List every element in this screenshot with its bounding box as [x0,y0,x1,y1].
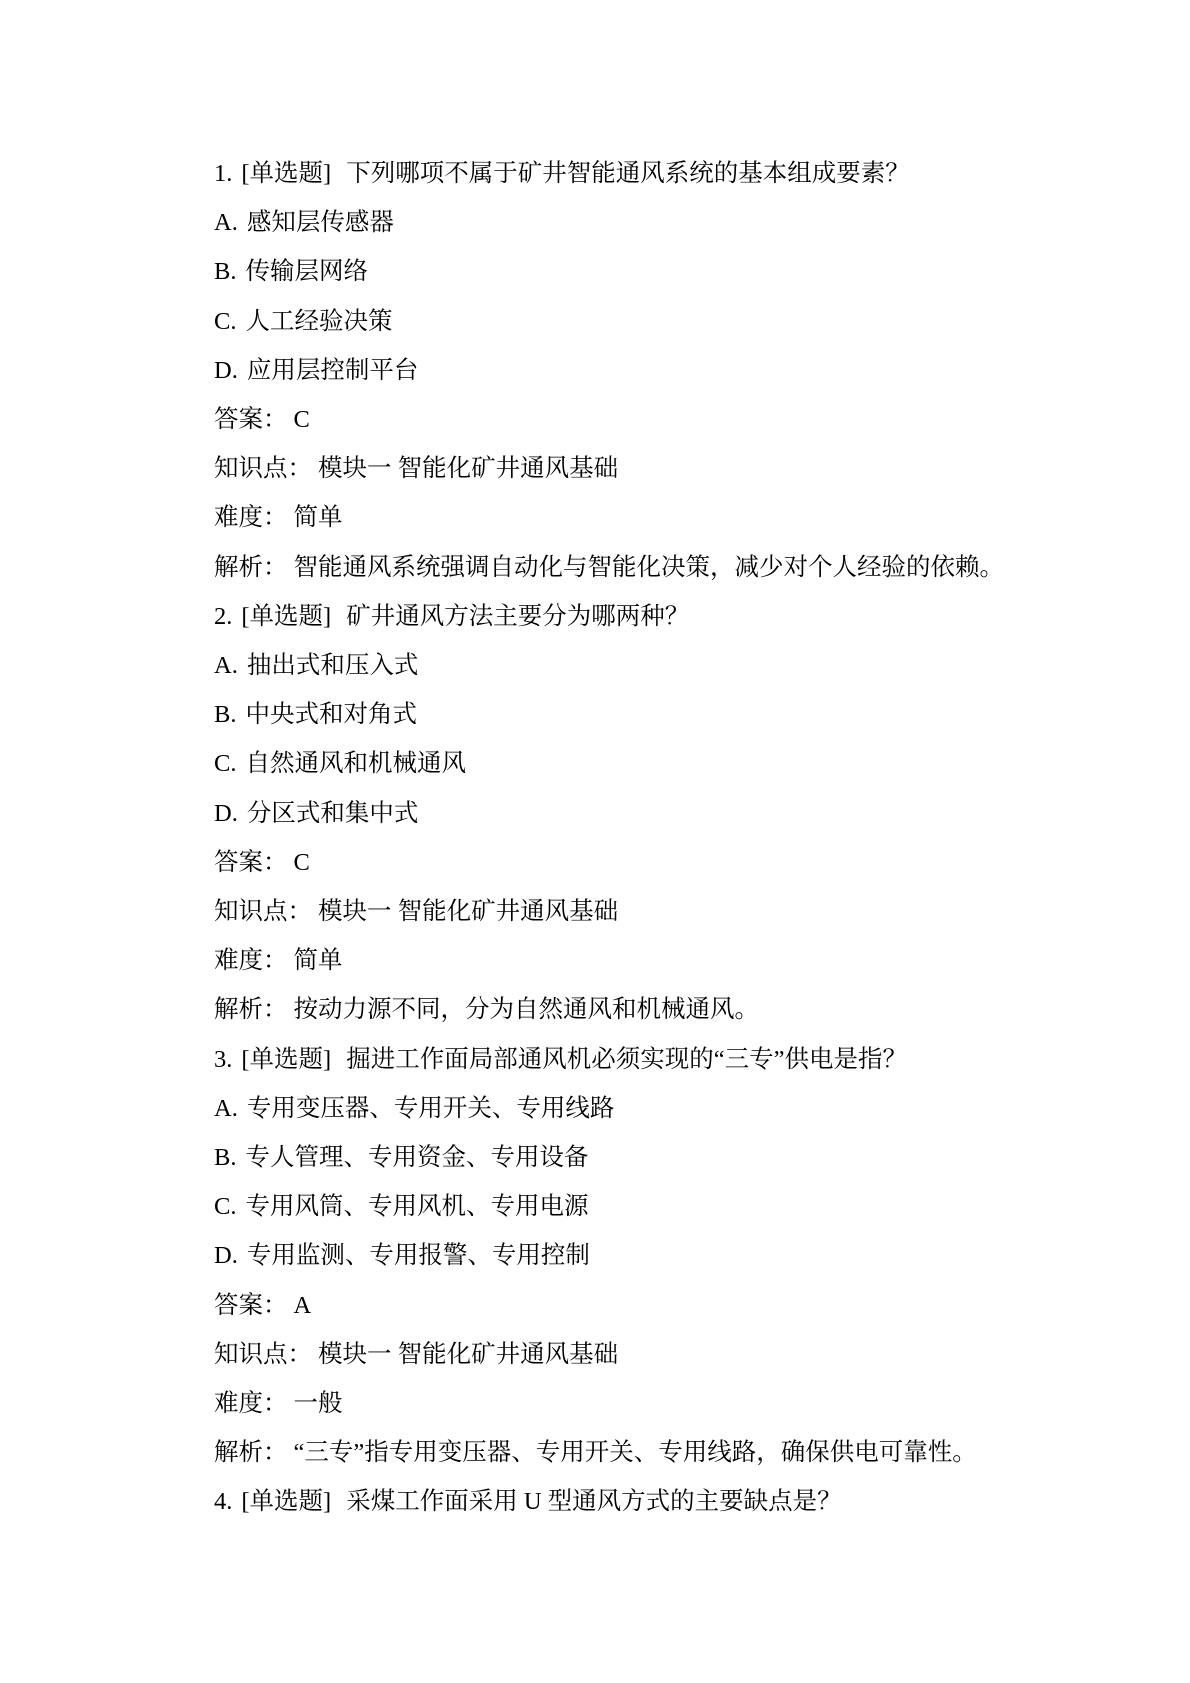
question-block: 2.[单选题]矿井通风方法主要分为哪两种？A.抽出式和压入式B.中央式和对角式C… [214,592,1044,1035]
question-text: 掘进工作面局部通风机必须实现的“三专”供电是指？ [346,1046,907,1073]
meta-label: 难度： [214,504,288,531]
meta-line: 知识点：模块一 智能化矿井通风基础 [214,444,1044,493]
meta-value: 模块一 智能化矿井通风基础 [318,455,618,482]
option-line: D.专用监测、专用报警、专用控制 [214,1231,1044,1280]
meta-value: 按动力源不同，分为自然通风和机械通风。 [294,996,760,1023]
option-label: A. [214,1095,238,1122]
option-line: A.专用变压器、专用开关、专用线路 [214,1084,1044,1133]
option-label: D. [214,357,238,384]
question-number: 4. [214,1488,232,1515]
option-line: A.抽出式和压入式 [214,641,1044,690]
meta-value: C [294,406,310,433]
question-type-tag: [单选题] [241,160,331,187]
question-block: 1.[单选题]下列哪项不属于矿井智能通风系统的基本组成要素？A.感知层传感器B.… [214,149,1044,592]
question-text: 采煤工作面采用 U 型通风方式的主要缺点是？ [346,1488,841,1515]
meta-label: 知识点： [214,455,312,482]
document-body: 1.[单选题]下列哪项不属于矿井智能通风系统的基本组成要素？A.感知层传感器B.… [214,149,1044,1527]
document-page: 1.[单选题]下列哪项不属于矿井智能通风系统的基本组成要素？A.感知层传感器B.… [0,0,1190,1683]
meta-value: 模块一 智能化矿井通风基础 [318,1341,618,1368]
option-text: 专用监测、专用报警、专用控制 [247,1242,590,1269]
meta-value: A [294,1292,312,1319]
option-text: 专用变压器、专用开关、专用线路 [247,1095,615,1122]
meta-value: 简单 [294,504,343,531]
meta-label: 难度： [214,1390,288,1417]
option-label: A. [214,209,238,236]
meta-line: 答案：C [214,395,1044,444]
meta-line: 难度：简单 [214,936,1044,985]
question-block: 4.[单选题]采煤工作面采用 U 型通风方式的主要缺点是？ [214,1477,1044,1526]
question-line: 2.[单选题]矿井通风方法主要分为哪两种？ [214,592,1044,641]
question-type-tag: [单选题] [241,603,331,630]
meta-line: 答案：C [214,838,1044,887]
option-text: 专人管理、专用资金、专用设备 [245,1144,588,1171]
option-line: B.传输层网络 [214,247,1044,296]
question-line: 3.[单选题]掘进工作面局部通风机必须实现的“三专”供电是指？ [214,1035,1044,1084]
option-label: A. [214,652,238,679]
meta-value: “三专”指专用变压器、专用开关、专用线路，确保供电可靠性。 [294,1439,977,1466]
option-text: 中央式和对角式 [245,701,417,728]
option-label: C. [214,750,236,777]
meta-label: 解析： [214,996,288,1023]
meta-label: 答案： [214,406,288,433]
option-label: B. [214,258,236,285]
meta-label: 难度： [214,947,288,974]
meta-value: C [294,849,310,876]
question-text: 矿井通风方法主要分为哪两种？ [346,603,689,630]
question-line: 1.[单选题]下列哪项不属于矿井智能通风系统的基本组成要素？ [214,149,1044,198]
option-label: C. [214,308,236,335]
meta-line: 答案：A [214,1281,1044,1330]
option-label: B. [214,1144,236,1171]
question-block: 3.[单选题]掘进工作面局部通风机必须实现的“三专”供电是指？A.专用变压器、专… [214,1035,1044,1478]
option-line: D.分区式和集中式 [214,789,1044,838]
option-text: 抽出式和压入式 [247,652,419,679]
question-number: 3. [214,1046,232,1073]
meta-line: 难度：简单 [214,493,1044,542]
option-line: C.人工经验决策 [214,297,1044,346]
meta-line: 解析：“三专”指专用变压器、专用开关、专用线路，确保供电可靠性。 [214,1428,1044,1477]
question-text: 下列哪项不属于矿井智能通风系统的基本组成要素？ [346,160,910,187]
meta-value: 模块一 智能化矿井通风基础 [318,898,618,925]
option-line: B.中央式和对角式 [214,690,1044,739]
meta-label: 答案： [214,849,288,876]
option-line: D.应用层控制平台 [214,346,1044,395]
option-text: 分区式和集中式 [247,800,419,827]
question-number: 2. [214,603,232,630]
meta-label: 解析： [214,1439,288,1466]
option-text: 人工经验决策 [245,308,392,335]
question-type-tag: [单选题] [241,1488,331,1515]
meta-line: 解析：按动力源不同，分为自然通风和机械通风。 [214,985,1044,1034]
option-label: D. [214,1242,238,1269]
meta-value: 一般 [294,1390,343,1417]
option-label: C. [214,1193,236,1220]
option-line: B.专人管理、专用资金、专用设备 [214,1133,1044,1182]
meta-label: 答案： [214,1292,288,1319]
meta-label: 知识点： [214,1341,312,1368]
meta-value: 智能通风系统强调自动化与智能化决策，减少对个人经验的依赖。 [294,554,1005,581]
meta-line: 知识点：模块一 智能化矿井通风基础 [214,1330,1044,1379]
meta-value: 简单 [294,947,343,974]
option-text: 传输层网络 [245,258,368,285]
meta-line: 知识点：模块一 智能化矿井通风基础 [214,887,1044,936]
meta-label: 知识点： [214,898,312,925]
option-line: C.专用风筒、专用风机、专用电源 [214,1182,1044,1231]
meta-line: 解析：智能通风系统强调自动化与智能化决策，减少对个人经验的依赖。 [214,543,1044,592]
question-type-tag: [单选题] [241,1046,331,1073]
meta-line: 难度：一般 [214,1379,1044,1428]
meta-label: 解析： [214,554,288,581]
option-text: 自然通风和机械通风 [245,750,466,777]
question-line: 4.[单选题]采煤工作面采用 U 型通风方式的主要缺点是？ [214,1477,1044,1526]
option-text: 感知层传感器 [247,209,394,236]
option-text: 应用层控制平台 [247,357,419,384]
option-text: 专用风筒、专用风机、专用电源 [245,1193,588,1220]
option-line: C.自然通风和机械通风 [214,739,1044,788]
option-label: D. [214,800,238,827]
option-line: A.感知层传感器 [214,198,1044,247]
option-label: B. [214,701,236,728]
question-number: 1. [214,160,232,187]
